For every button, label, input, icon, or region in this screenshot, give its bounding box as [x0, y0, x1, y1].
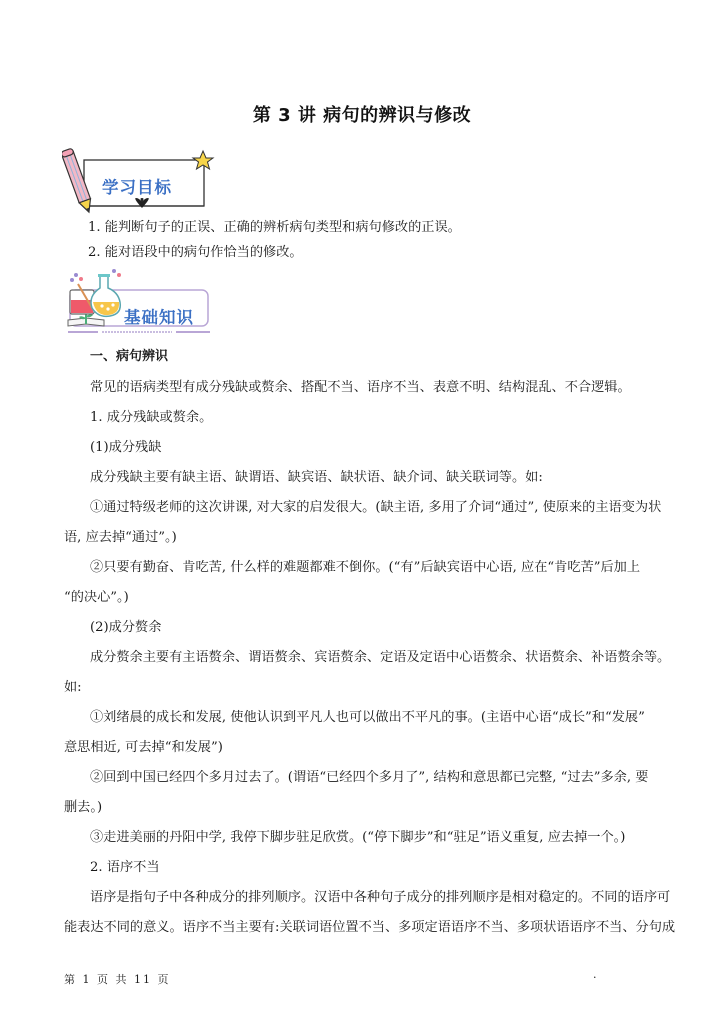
example: “的决心”。)	[64, 589, 129, 607]
paragraph: 成分赘余主要有主语赘余、谓语赘余、宾语赘余、定语及定语中心语赘余、状语赘余、补语…	[90, 649, 670, 667]
paragraph: 常见的语病类型有成分残缺或赘余、搭配不当、语序不当、表意不明、结构混乱、不合逻辑…	[90, 379, 631, 397]
basic-knowledge-label: 基础知识	[124, 304, 194, 328]
example: 意思相近, 可去掉“和发展”)	[64, 739, 223, 757]
subheading: (2)成分赘余	[90, 619, 161, 637]
learning-goals-badge: 学习目标	[62, 148, 217, 218]
paragraph: 能表达不同的意义。语序不当主要有:关联词语位置不当、多项定语语序不当、多项状语语…	[64, 919, 675, 937]
paragraph: 如:	[64, 679, 82, 697]
learning-goals-label: 学习目标	[102, 174, 172, 198]
goal-item: 2. 能对语段中的病句作恰当的修改。	[88, 244, 303, 262]
page-number: 第 1 页 共 11 页	[64, 971, 170, 987]
page-title: 第 3 讲 病句的辨识与修改	[0, 101, 724, 127]
example: ②回到中国已经四个多月过去了。(谓语“已经四个多月了”, 结构和意思都已完整, …	[90, 769, 648, 787]
subheading: 2. 语序不当	[90, 859, 160, 877]
example: ③走进美丽的丹阳中学, 我停下脚步驻足欣赏。(“停下脚步”和“驻足”语义重复, …	[90, 829, 625, 847]
subheading: 1. 成分残缺或赘余。	[90, 409, 212, 427]
section-heading: 一、病句辨识	[90, 348, 168, 366]
example: ①通过特级老师的这次讲课, 对大家的启发很大。(缺主语, 多用了介词“通过”, …	[90, 499, 661, 517]
goal-item: 1. 能判断句子的正误、正确的辨析病句类型和病句修改的正误。	[88, 219, 461, 237]
example: 语, 应去掉“通过”。)	[64, 529, 177, 547]
basic-knowledge-badge: 基础知识	[62, 268, 212, 336]
paragraph: 成分残缺主要有缺主语、缺谓语、缺宾语、缺状语、缺介词、缺关联词等。如:	[90, 469, 543, 487]
paragraph: 语序是指句子中各种成分的排列顺序。汉语中各种句子成分的排列顺序是相对稳定的。不同…	[90, 889, 670, 907]
subheading: (1)成分残缺	[90, 439, 161, 457]
footer-dot: .	[593, 968, 597, 981]
example: ②只要有勤奋、肯吃苦, 什么样的难题都难不倒你。(“有”后缺宾语中心语, 应在“…	[90, 559, 640, 577]
example: 删去。)	[64, 799, 102, 817]
example: ①刘绪晨的成长和发展, 使他认识到平凡人也可以做出不平凡的事。(主语中心语“成长…	[90, 709, 645, 727]
